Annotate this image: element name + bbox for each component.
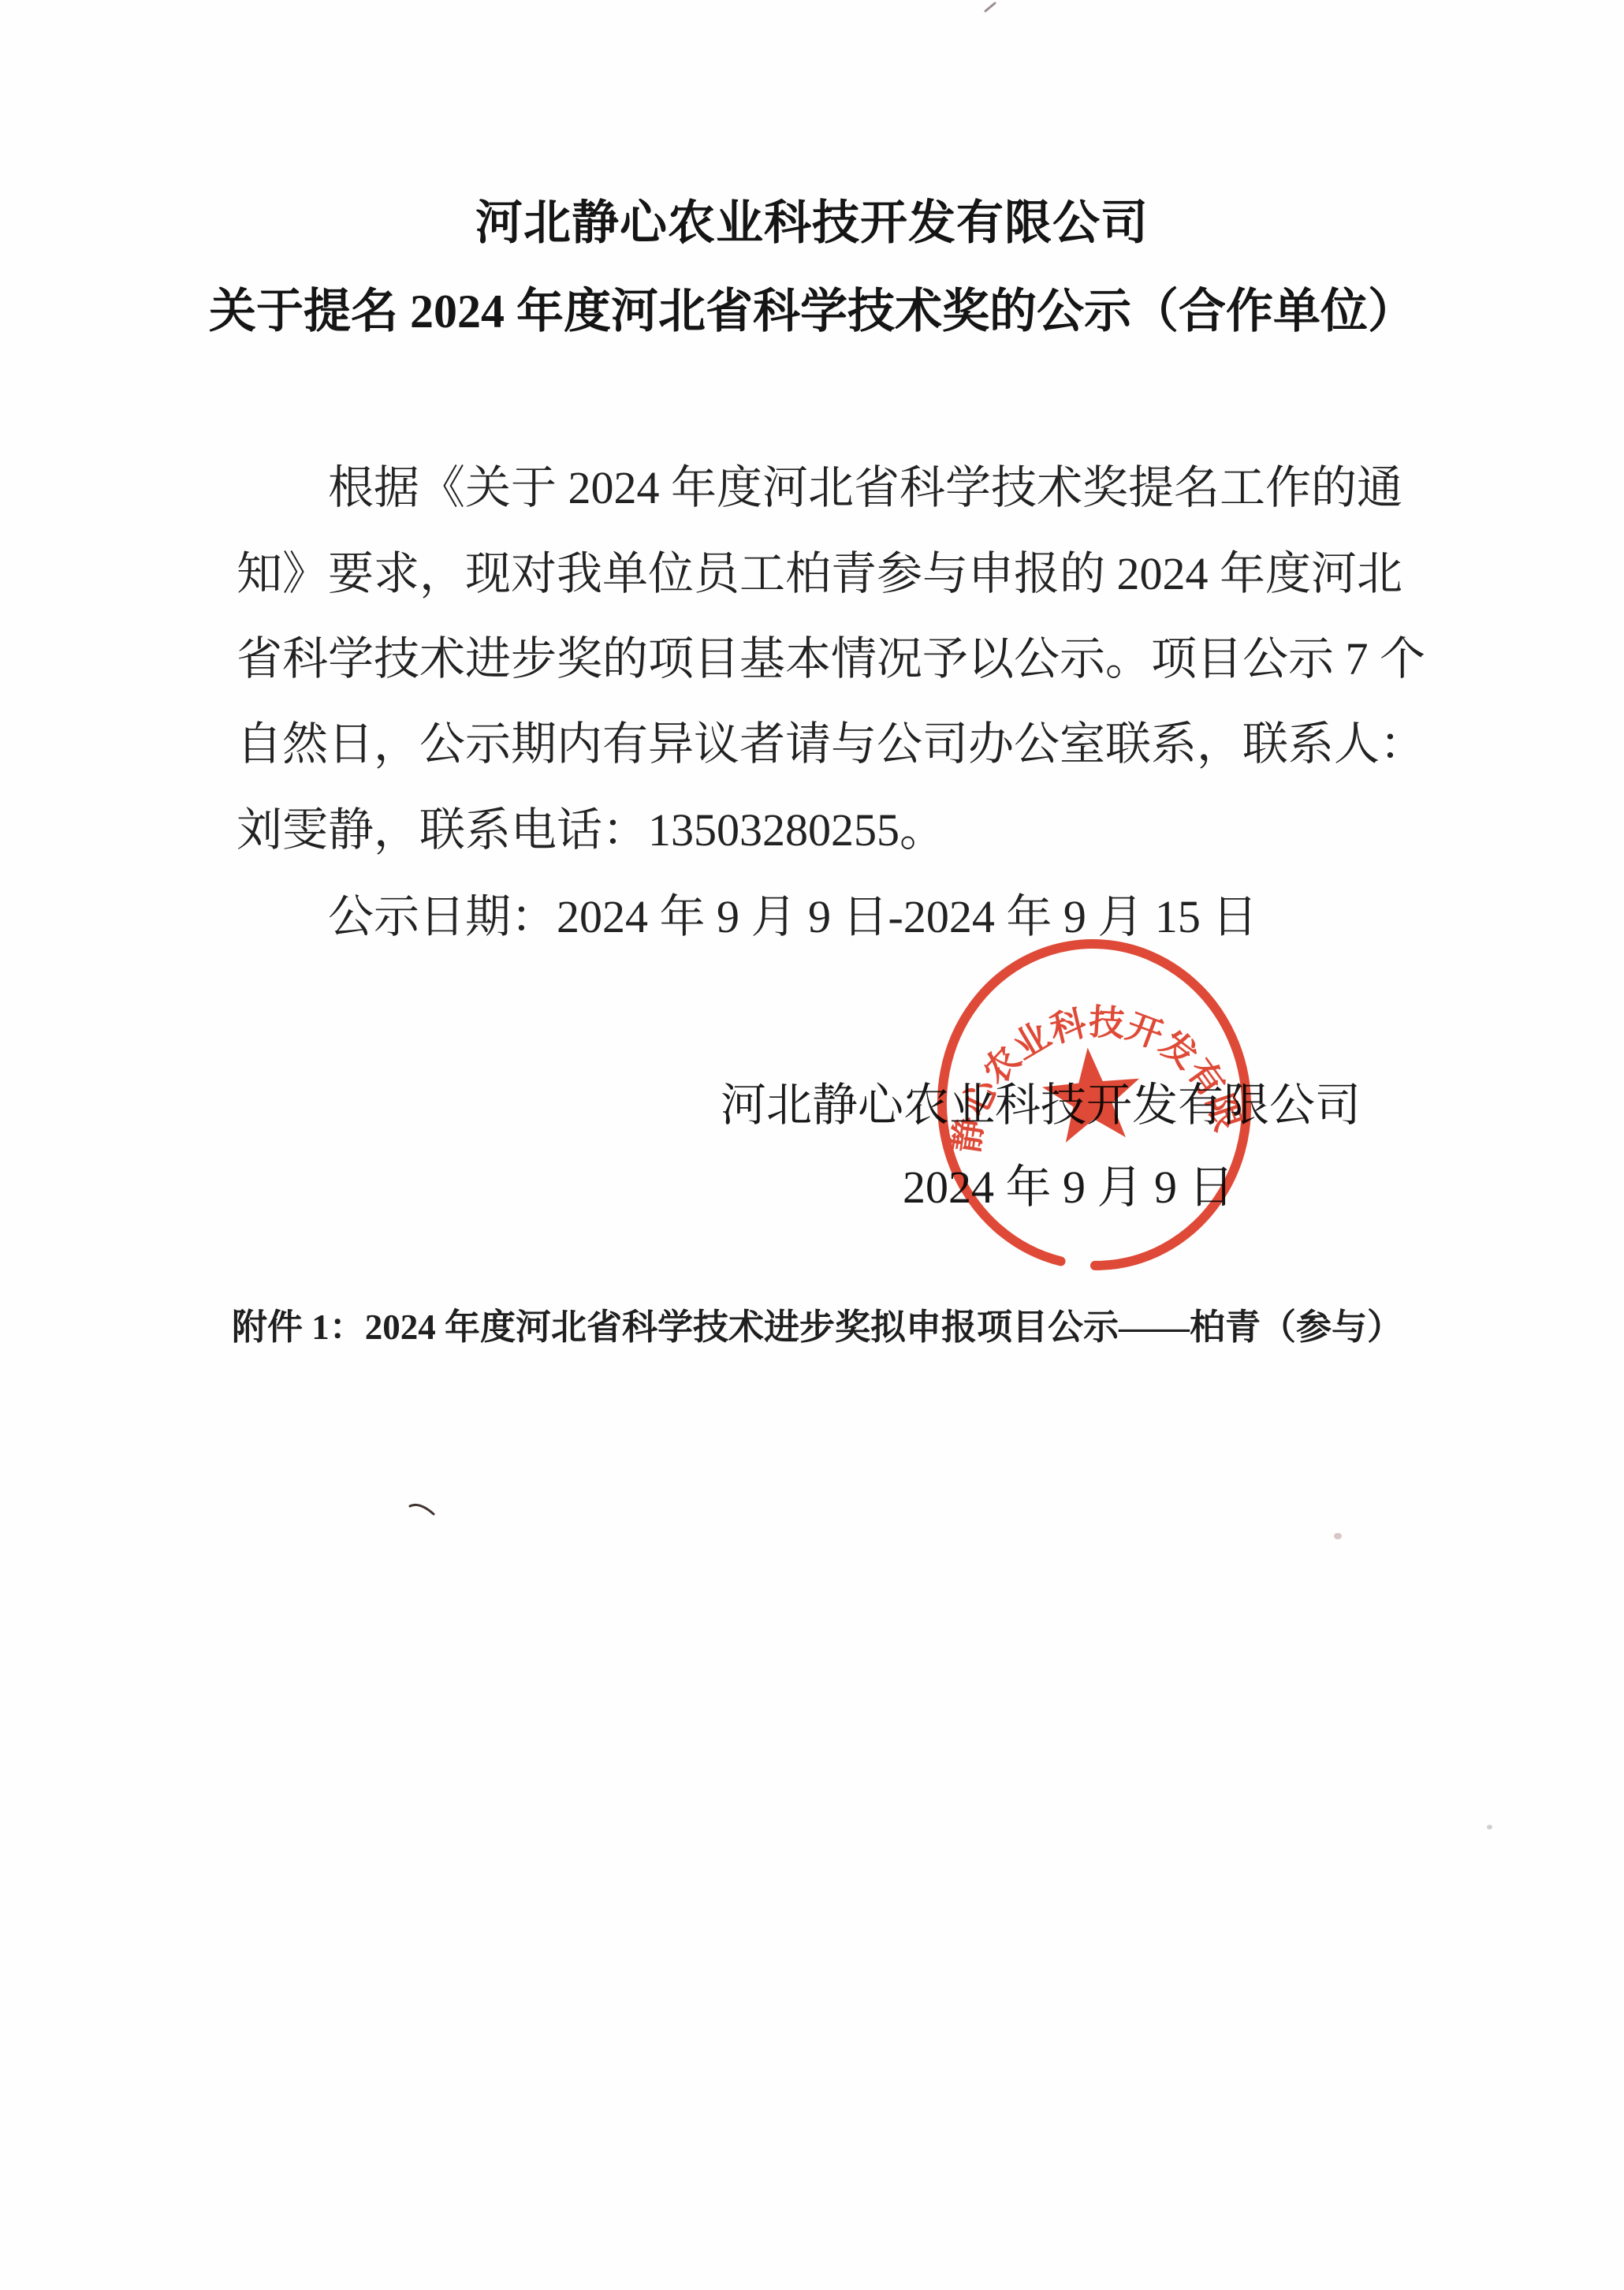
scan-artifact-dot <box>1487 1825 1492 1829</box>
page-title: 河北静心农业科技开发有限公司 <box>0 196 1624 251</box>
body-line: 刘雯静，联系电话：13503280255。 <box>237 804 1419 856</box>
seal-company-text: 河北静心农业科技开发有限公司 <box>935 937 1249 1161</box>
scan-artifact-stroke <box>404 1497 443 1520</box>
seal-star-icon <box>1039 1043 1144 1144</box>
document-page: 河北静心农业科技开发有限公司 关于提名 2024 年度河北省科学技术奖的公示（合… <box>0 0 1624 2290</box>
company-seal: 河北静心农业科技开发有限公司 1305038826098 <box>935 937 1253 1273</box>
attachment-note: 附件 1：2024 年度河北省科学技术进步奖拟申报项目公示——柏青（参与） <box>232 1298 1402 1349</box>
body-line: 根据《关于 2024 年度河北省科学技术奖提名工作的通 <box>237 462 1510 514</box>
publicity-date-line: 公示日期：2024 年 9 月 9 日-2024 年 9 月 15 日 <box>237 891 1510 943</box>
scan-artifact-top <box>978 0 1009 24</box>
scan-artifact-dot <box>1334 1533 1342 1539</box>
page-subtitle: 关于提名 2024 年度河北省科学技术奖的公示（合作单位） <box>0 284 1624 339</box>
body-line: 自然日，公示期内有异议者请与公司办公室联系，联系人： <box>237 718 1419 770</box>
body-line: 知》要求，现对我单位员工柏青参与申报的 2024 年度河北 <box>237 548 1419 600</box>
body-line: 省科学技术进步奖的项目基本情况予以公示。项目公示 7 个 <box>237 633 1419 685</box>
